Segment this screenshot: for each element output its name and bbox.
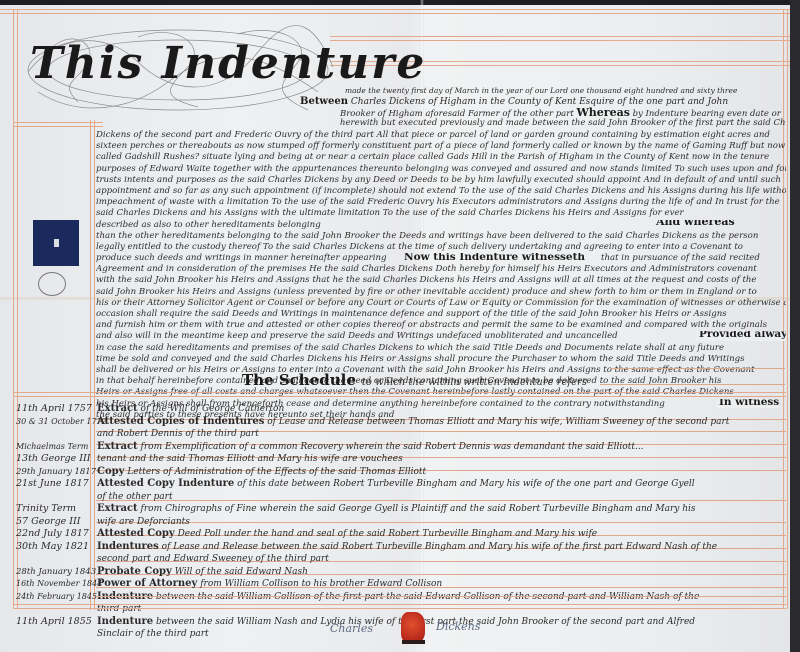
schedule-date: 22nd July 1817	[16, 528, 90, 541]
schedule-date: 16th November 1844	[16, 578, 90, 591]
entry-type: Attested Copies of Indentures	[97, 416, 264, 427]
body-line: Agreement and in consideration of the pr…	[96, 264, 786, 275]
entry-type: Extract	[97, 403, 138, 414]
schedule-end-rule	[96, 596, 786, 597]
scan-edge-top	[0, 0, 790, 5]
schedule-entry: Copy Letters of Administration of the Ef…	[97, 466, 785, 479]
schedule-entry: Power of Attorney from William Collison …	[97, 578, 785, 591]
entry-text: and Robert Dennis of the third part	[97, 429, 259, 439]
entry-text: Sinclair of the third part	[97, 629, 209, 639]
document-title: This Indenture	[30, 38, 426, 89]
body-line: described as also to other hereditaments…	[96, 220, 786, 231]
opening-date-line: made the twenty first day of March in th…	[345, 86, 785, 96]
schedule-entry: tenant and the said Thomas Elliott and M…	[97, 453, 785, 466]
entry-type: Power of Attorney	[97, 578, 197, 589]
schedule-date: Trinity Term	[16, 503, 90, 516]
schedule-entry: Extract of the Will of George Catherton	[97, 403, 785, 416]
schedule-entry: Attested Copy Deed Poll under the hand a…	[97, 528, 785, 541]
entry-text: Will of the said Edward Nash	[175, 567, 308, 577]
schedule-entry: Extract from Exemplification of a common…	[97, 441, 785, 454]
wax-seal-icon	[401, 612, 425, 643]
seal-shadow	[402, 640, 425, 644]
body-line-text: and also will in the meantime keep and p…	[96, 331, 618, 341]
body-line: occasion shall require the said Deeds an…	[96, 309, 786, 320]
schedule-date: 29th January 1817	[16, 466, 90, 479]
schedule-date	[16, 553, 90, 566]
schedule-entry: Indentures of Lease and Release between …	[97, 541, 785, 554]
top-border-rule	[0, 9, 790, 14]
entry-text: Letters of Administration of the Effects…	[127, 467, 426, 477]
schedule-entry: Attested Copies of Indentures of Lease a…	[97, 416, 785, 429]
schedule-heading-rule	[600, 384, 785, 385]
body-line: his or their Attorney Solicitor Agent or…	[96, 298, 786, 309]
schedule-date: 28th January 1843	[16, 566, 90, 579]
body-line: trusts intents and purposes as the said …	[96, 175, 786, 186]
entry-text: second part and Edward Sweeney of the th…	[97, 554, 329, 564]
body-line: said John Brooker his Heirs and Assigns …	[96, 287, 786, 298]
body-line-text: produce such deeds and writings in manne…	[96, 253, 387, 263]
schedule-date: 13th George III	[16, 453, 90, 466]
entry-text: of Lease and Release between Thomas Elli…	[267, 417, 729, 427]
entry-text: of the other part	[97, 492, 173, 502]
between-heading: Between	[300, 96, 348, 107]
signature-first-name: Charles	[330, 622, 373, 635]
entry-type: Extract	[97, 503, 138, 514]
schedule-entry: and Robert Dennis of the third part	[97, 428, 785, 441]
provided-always-heading: Provided always	[696, 331, 786, 340]
schedule-date	[16, 428, 90, 441]
body-line: legally entitled to the custody thereof …	[96, 242, 786, 253]
body-line: than the other hereditaments belonging t…	[96, 231, 786, 242]
entry-text: between the said William Nash and Lydia …	[156, 617, 695, 627]
body-line: with the said John Brooker his Heirs and…	[96, 275, 786, 286]
schedule-date: 21st June 1817	[16, 478, 90, 491]
schedule-subtitle: to which the within written Indenture re…	[362, 377, 587, 388]
schedule-entry: Extract from Chirographs of Fine wherein…	[97, 503, 785, 516]
body-line: in case the said hereditaments and premi…	[96, 343, 786, 354]
entry-text: of the Will of George Catherton	[141, 404, 285, 414]
revenue-stamp	[33, 220, 79, 266]
schedule-date: 11th April 1757	[16, 403, 90, 416]
schedule-date: 30 & 31 October 1772	[16, 416, 90, 429]
schedule-date: 11th April 1855	[16, 616, 90, 629]
schedule-date: 57 George III	[16, 516, 90, 529]
schedule-date: Michaelmas Term	[16, 441, 90, 454]
entry-type: Indentures	[97, 541, 159, 552]
entry-text: wife are Deforciants	[97, 517, 190, 527]
schedule-entry: wife are Deforciants	[97, 516, 785, 529]
body-line: called Gadshill Rushes? situate lying an…	[96, 152, 786, 163]
entry-text: Deed Poll under the hand and seal of the…	[178, 529, 598, 539]
schedule-date	[16, 491, 90, 504]
schedule-top-rule	[13, 392, 786, 397]
signature-last-name: Dickens	[436, 620, 480, 633]
entry-type: Copy	[97, 466, 124, 477]
schedule-entry: of the other part	[97, 491, 785, 504]
schedule-title: The Schedule	[242, 371, 356, 389]
body-line: said Charles Dickens and his Assigns wit…	[96, 208, 786, 219]
body-line-text: said Charles Dickens and his Assigns wit…	[96, 208, 684, 218]
body-line: and furnish him or them with true and at…	[96, 320, 786, 331]
stamp-emboss-icon	[54, 239, 59, 247]
postmark-icon	[38, 272, 66, 296]
schedule-entry: Attested Copy Indenture of this date bet…	[97, 478, 785, 491]
left-box-rule	[13, 122, 103, 127]
body-line: and also will in the meantime keep and p…	[96, 331, 786, 342]
schedule-entry: Probate Copy Will of the said Edward Nas…	[97, 566, 785, 579]
body-line: appointment and so far as any such appoi…	[96, 186, 786, 197]
body-line: time be sold and conveyed and the said C…	[96, 354, 786, 365]
entry-type: Attested Copy	[97, 528, 175, 539]
body-line: purposes of Edward Waite together with t…	[96, 164, 786, 175]
opening-line-4: herewith but executed previously and mad…	[340, 118, 785, 129]
entry-text: from Exemplification of a common Recover…	[141, 442, 644, 452]
entry-type: Attested Copy Indenture	[97, 478, 234, 489]
now-witnesseth-heading: Now this Indenture witnesseth	[404, 253, 585, 263]
now-witnesseth-cont: that in pursuance of the said recited	[601, 253, 760, 264]
body-line: Dickens of the second part and Frederic …	[96, 130, 786, 141]
and-whereas-heading: And whereas	[656, 220, 735, 227]
entry-type: Extract	[97, 441, 138, 452]
schedule-date: 30th May 1821	[16, 541, 90, 554]
entry-text: of this date between Robert Turbeville B…	[237, 479, 695, 489]
witness-line-rule	[610, 368, 785, 369]
between-text: Charles Dickens of Higham in the County …	[351, 97, 728, 107]
entry-text: tenant and the said Thomas Elliott and M…	[97, 454, 403, 464]
schedule-entry: second part and Edward Sweeney of the th…	[97, 553, 785, 566]
entry-type: Indenture	[97, 616, 153, 627]
entry-text: of Lease and Release between the said Ro…	[162, 542, 718, 552]
body-line: sixteen perches or thereabouts as now st…	[96, 141, 786, 152]
entry-text: from Chirographs of Fine wherein the sai…	[141, 504, 696, 514]
inner-margin-rule	[90, 120, 95, 610]
body-line: produce such deeds and writings in manne…	[96, 253, 786, 264]
schedule-heading: The Scheduleto which the within written …	[242, 371, 587, 389]
body-line-text: described as also to other hereditaments…	[96, 220, 321, 230]
body-line: impeachment of waste with a limitation T…	[96, 197, 786, 208]
indenture-document: This Indenture made the twenty first day…	[0, 0, 790, 652]
schedule-date: 24th February 1845	[16, 591, 90, 604]
schedule-dates-column: 11th April 1757 30 & 31 October 1772 Mic…	[16, 403, 90, 628]
schedule-bottom-rule	[13, 604, 786, 609]
entry-text: from William Collison to his brother Edw…	[200, 579, 442, 589]
entry-type: Probate Copy	[97, 566, 172, 577]
